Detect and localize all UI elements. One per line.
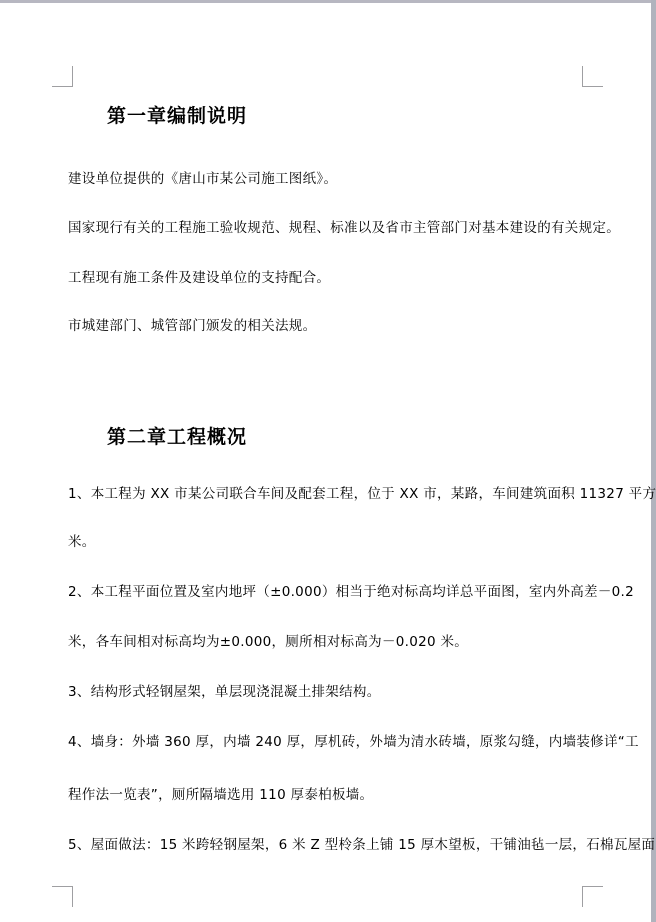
- paragraph-line: 3、结构形式轻钢屋架，单层现浇混凝土排架结构。: [68, 685, 381, 701]
- text-boundary-mark-bottom-left: [52, 886, 73, 907]
- paragraph-line: 程作法一览表”，厕所隔墙选用 110 厚泰柏板墙。: [68, 788, 373, 804]
- window-top-edge: [0, 0, 656, 3]
- document-page: 第一章编制说明 建设单位提供的《唐山市某公司施工图纸》。 国家现行有关的工程施工…: [0, 0, 656, 922]
- paragraph-line: 2、本工程平面位置及室内地坪（±0.000）相当于绝对标高均详总平面图，室内外高…: [68, 585, 634, 601]
- window-right-edge: [651, 0, 656, 922]
- chapter2-heading: 第二章工程概况: [107, 427, 247, 449]
- paragraph-line: 米。: [68, 535, 96, 551]
- paragraph-line: 米，各车间相对标高均为±0.000，厕所相对标高为－0.020 米。: [68, 635, 468, 651]
- paragraph-line: 市城建部门、城管部门颁发的相关法规。: [68, 319, 316, 335]
- text-boundary-mark-top-left: [52, 66, 73, 87]
- paragraph-line: 4、墙身：外墙 360 厚，内墙 240 厚，厚机砖，外墙为清水砖墙，原浆勾缝，…: [68, 735, 639, 751]
- text-boundary-mark-top-right: [582, 66, 603, 87]
- paragraph-line: 5、屋面做法：15 米跨轻钢屋架，6 米 Z 型柃条上铺 15 厚木望板，干铺油…: [68, 838, 655, 854]
- paragraph-line: 1、本工程为 XX 市某公司联合车间及配套工程，位于 XX 市，某路，车间建筑面…: [68, 487, 656, 503]
- paragraph-line: 国家现行有关的工程施工验收规范、规程、标准以及省市主管部门对基本建设的有关规定。: [68, 221, 620, 237]
- chapter1-heading: 第一章编制说明: [107, 106, 247, 128]
- paragraph-line: 建设单位提供的《唐山市某公司施工图纸》。: [68, 172, 337, 188]
- text-boundary-mark-bottom-right: [582, 886, 603, 907]
- paragraph-line: 工程现有施工条件及建设单位的支持配合。: [68, 271, 330, 287]
